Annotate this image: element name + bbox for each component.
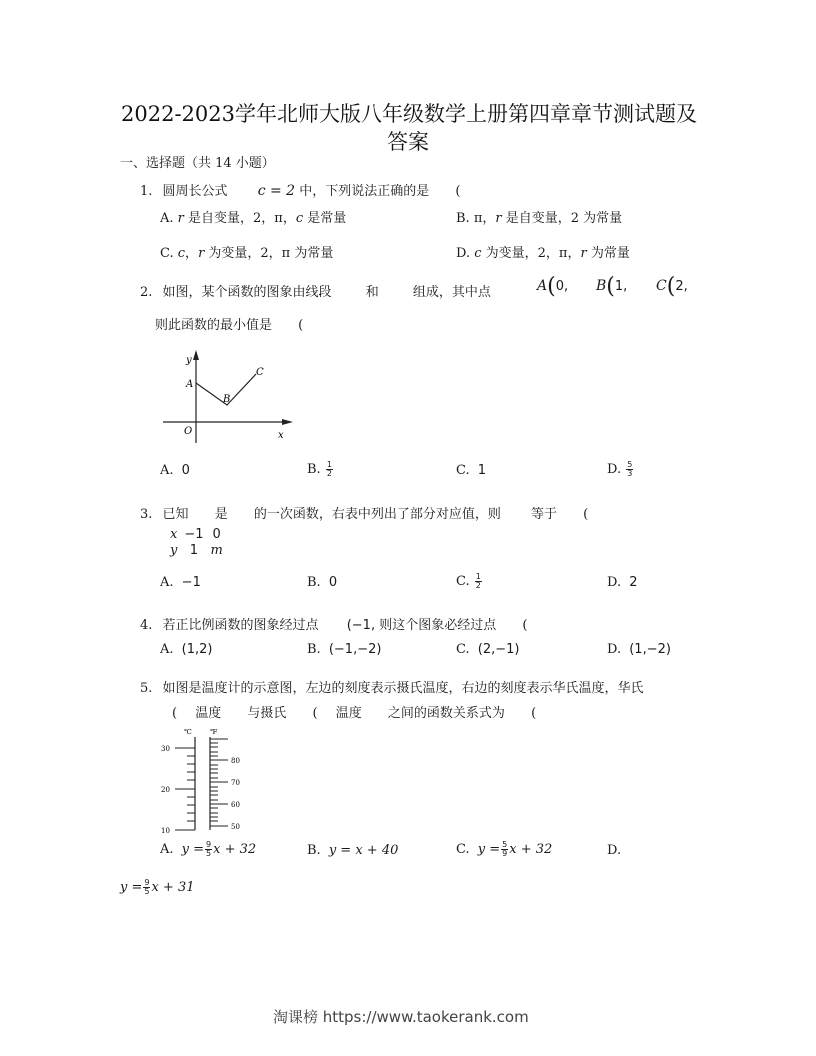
question-2-option-c[interactable]: C. 1 — [456, 463, 486, 478]
question-5-stem-line-2: ( 温度 与摄氏 ( 温度 之间的函数关系式为 ( — [172, 702, 536, 721]
question-1-option-c[interactable]: C. c，r 为变量，2，π 为常量 — [160, 242, 333, 261]
question-5-option-a[interactable]: A. y =95x + 32 — [160, 841, 256, 858]
svg-text:80: 80 — [231, 757, 240, 765]
question-2-option-a[interactable]: A. 0 — [160, 463, 190, 478]
svg-text:50: 50 — [231, 823, 240, 831]
fahrenheit-unit: ℉ — [210, 728, 218, 736]
point-a-coord: A(0, — [537, 276, 568, 298]
question-2-option-b[interactable]: B. 12 — [307, 461, 334, 478]
x-axis-label: x — [278, 430, 284, 441]
question-4-option-a[interactable]: A. (1,2) — [160, 642, 213, 657]
question-5-option-d-expr[interactable]: y =95x + 31 — [120, 879, 195, 896]
value-table: x −1 0 y 1 m — [170, 527, 230, 559]
question-5-option-b[interactable]: B. y = x + 40 — [307, 843, 398, 858]
question-3-option-d[interactable]: D. 2 — [607, 575, 638, 590]
question-4-option-d[interactable]: D. (1,−2) — [607, 642, 671, 657]
question-5-stem: 5. 如图是温度计的示意图，左边的刻度表示摄氏温度，右边的刻度表示华氏温度，华氏 — [140, 677, 644, 696]
point-b-coord: B(1, — [596, 276, 627, 298]
footer-watermark: 淘课榜 https://www.taokerank.com — [273, 1006, 529, 1027]
point-b-label: B — [222, 394, 230, 405]
question-1-option-b[interactable]: B. π，r 是自变量，2 为常量 — [456, 207, 622, 226]
question-2-option-d[interactable]: D. 53 — [607, 461, 634, 478]
origin-label: O — [184, 426, 192, 437]
svg-text:20: 20 — [161, 786, 170, 794]
page-title-line-1: 2022-2023学年北师大版八年级数学上册第四章章节测试题及 — [121, 98, 697, 128]
page-title-line-2: 答案 — [387, 126, 429, 156]
question-4-stem: 4. 若正比例函数的图象经过点 (−1, 则这个图象必经过点 ( — [140, 614, 527, 633]
question-3-option-b[interactable]: B. 0 — [307, 575, 337, 590]
question-3-option-a[interactable]: A. −1 — [160, 575, 201, 590]
function-graph-figure: y A B C O x — [160, 350, 295, 445]
question-2-stem: 2. 如图，某个函数的图象由线段 和 组成，其中点 — [140, 281, 491, 300]
svg-text:60: 60 — [231, 801, 240, 809]
svg-text:70: 70 — [231, 779, 240, 787]
question-5-option-c[interactable]: C. y =59x + 32 — [456, 841, 552, 858]
question-3-option-c[interactable]: C. 12 — [456, 573, 483, 590]
question-4-option-c[interactable]: C. (2,−1) — [456, 642, 519, 657]
question-3-stem: 3. 已知 是 的一次函数，右表中列出了部分对应值，则 等于 ( — [140, 503, 588, 522]
answer-paren: ( — [455, 184, 460, 199]
formula: c = 2 — [258, 183, 295, 199]
question-5-option-d-label[interactable]: D. — [607, 843, 621, 858]
point-a-label: A — [185, 379, 193, 390]
question-4-option-b[interactable]: B. (−1,−2) — [307, 642, 381, 657]
question-1-option-a[interactable]: A. r 是自变量，2，π，c 是常量 — [160, 207, 346, 226]
question-number: 1. — [140, 184, 152, 199]
section-heading: 一、选择题（共 14 小题） — [120, 152, 275, 171]
point-c-label: C — [256, 367, 264, 378]
question-2-stem-line-2: 则此函数的最小值是 ( — [155, 314, 303, 333]
thermometer-figure: ℃ ℉ 30 20 10 — [155, 727, 255, 837]
question-1-stem: 1. 圆周长公式 c = 2 中，下列说法正确的是 ( — [140, 180, 460, 199]
point-c-coord: C(2, — [656, 276, 688, 298]
question-1-option-d[interactable]: D. c 为变量，2，π，r 为常量 — [456, 242, 630, 261]
svg-text:10: 10 — [161, 827, 170, 835]
svg-text:30: 30 — [161, 745, 170, 753]
y-axis-label: y — [185, 355, 192, 366]
celsius-unit: ℃ — [184, 728, 192, 736]
